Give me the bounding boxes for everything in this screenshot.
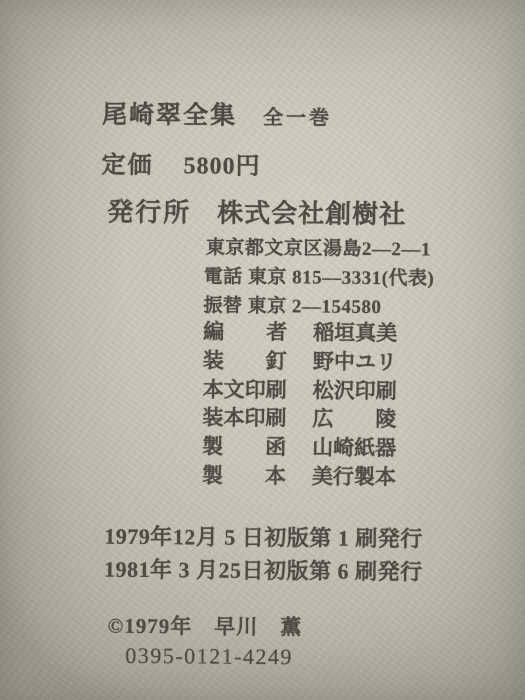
credit-role: 本文印刷 [203, 373, 295, 404]
credit-row-editor: 編 者稲垣真美 [203, 315, 397, 345]
credit-row-binding-design: 装 釘野中ユリ [203, 344, 397, 374]
credit-row-cover-printing: 装本印刷広 陵 [202, 402, 396, 432]
credit-name: 松沢印刷 [313, 374, 397, 405]
sixth-printing-date: 1981年 3 月25日初版第 6 刷発行 [104, 553, 423, 587]
price-line: 定価5800円 [101, 145, 260, 181]
book-title: 尾崎翠全集 [102, 102, 237, 130]
credit-role: 装 釘 [203, 344, 295, 375]
publisher-name: 株式会社創樹社 [217, 199, 406, 230]
book-colophon-page: 尾崎翠全集全一巻 定価5800円 発行所株式会社創樹社 東京都文京区湯島2—2—… [0, 0, 525, 700]
colophon-content: 尾崎翠全集全一巻 定価5800円 発行所株式会社創樹社 東京都文京区湯島2—2—… [0, 0, 525, 700]
credit-role: 製 函 [202, 431, 294, 462]
first-printing-date: 1979年12月 5 日初版第 1 刷発行 [104, 520, 423, 554]
publisher-phone: 電話 東京 815—3331(代表) [204, 261, 435, 290]
book-code: 0395-0121-4249 [125, 643, 293, 670]
credit-role: 製 本 [202, 459, 294, 490]
volume-label: 全一巻 [263, 107, 332, 130]
credits-list: 編 者稲垣真美 装 釘野中ユリ 本文印刷松沢印刷 装本印刷広 陵 製 函山崎紙器… [202, 315, 398, 489]
book-title-line: 尾崎翠全集全一巻 [102, 95, 332, 133]
publisher-line: 発行所株式会社創樹社 [107, 192, 406, 232]
credit-name: 広 陵 [312, 403, 396, 434]
copyright-notice: ©1979年 早川 薫 [107, 610, 302, 642]
credit-name: 野中ユリ [313, 345, 397, 376]
credit-name: 美行製本 [312, 460, 396, 491]
publisher-address: 東京都文京区湯島2—2—1 [206, 233, 431, 262]
credit-role: 装本印刷 [202, 402, 294, 433]
price-label: 定価 [101, 153, 153, 179]
publisher-label: 発行所 [107, 198, 191, 228]
credit-row-text-printing: 本文印刷松沢印刷 [203, 373, 397, 403]
credit-name: 稲垣真美 [313, 316, 397, 347]
credit-role: 編 者 [203, 315, 295, 346]
price-value: 5800円 [183, 153, 260, 180]
credit-row-bookbinding: 製 本美行製本 [202, 459, 396, 489]
credit-row-box-making: 製 函山崎紙器 [202, 431, 396, 461]
credit-name: 山崎紙器 [312, 432, 396, 463]
